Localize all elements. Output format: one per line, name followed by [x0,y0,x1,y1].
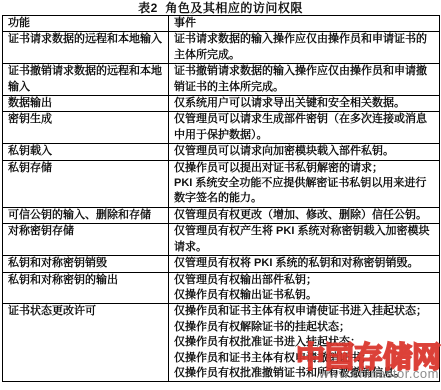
function-cell: 证书请求数据的远程和本地输入 [3,32,169,64]
event-cell: 仅操作员可以提出对证书私钥解密的请求； PKI 系统安全功能不应提供解密证书私钥… [169,160,440,207]
table-row: 私钥和对称密钥的输出 仅管理员有权输出部件私钥； 仅操作员有权输出证书私钥。 [3,272,440,304]
table-row: 对称密钥存储 仅管理员有权产生将 PKI 系统对称密钥载入加密模块请求。 [3,224,440,256]
table-row: 私钥和对称密钥销毁 仅管理员有权将 PKI 系统的私钥和对称密钥销毁。 [3,256,440,272]
function-cell: 证书状态更改许可 [3,304,169,382]
column-header-event: 事件 [169,16,440,32]
document-page: 表2 角色及其相应的访问权限 功能 事件 证书请求数据的远程和本地输入 证书请求… [0,0,441,390]
event-cell: 仅管理员有权输出部件私钥； 仅操作员有权输出证书私钥。 [169,272,440,304]
table-row: 证书状态更改许可 仅操作员和证书主体有权申请使证书进入挂起状态； 仅操作员有权解… [3,304,440,382]
event-cell: 仅管理员有权将 PKI 系统的私钥和对称密钥销毁。 [169,256,440,272]
table-caption: 表2 角色及其相应的访问权限 [2,1,439,15]
event-cell: 证书请求数据的输入操作应仅由操作员和申请证书的主体所完成。 [169,32,440,64]
table-header-row: 功能 事件 [3,16,440,32]
event-cell: 仅系统用户可以请求导出关键和安全相关数据。 [169,96,440,112]
function-cell: 证书撤销请求数据的远程和本地输入 [3,64,169,96]
function-cell: 私钥和对称密钥的输出 [3,272,169,304]
event-cell: 仅管理员有权产生将 PKI 系统对称密钥载入加密模块请求。 [169,224,440,256]
table-row: 密钥生成 仅管理员可以请求生成部件密钥（在多次连接或消息中用于保护数据）。 [3,112,440,144]
function-cell: 密钥生成 [3,112,169,144]
table-row: 私钥存储 仅操作员可以提出对证书私钥解密的请求； PKI 系统安全功能不应提供解… [3,160,440,207]
event-cell: 仅操作员和证书主体有权申请使证书进入挂起状态； 仅操作员有权解除证书的挂起状态；… [169,304,440,382]
function-cell: 私钥存储 [3,160,169,207]
event-cell: 仅管理员可以请求向加密模块载入部件私钥。 [169,144,440,160]
table-row: 证书撤销请求数据的远程和本地输入 证书撤销请求数据的输入操作应仅由操作员和申请撤… [3,64,440,96]
table-row: 数据输出 仅系统用户可以请求导出关键和安全相关数据。 [3,96,440,112]
function-cell: 私钥和对称密钥销毁 [3,256,169,272]
function-cell: 私钥载入 [3,144,169,160]
permissions-table: 功能 事件 证书请求数据的远程和本地输入 证书请求数据的输入操作应仅由操作员和申… [2,15,440,382]
table-row: 证书请求数据的远程和本地输入 证书请求数据的输入操作应仅由操作员和申请证书的主体… [3,32,440,64]
event-cell: 仅管理员可以请求生成部件密钥（在多次连接或消息中用于保护数据）。 [169,112,440,144]
function-cell: 数据输出 [3,96,169,112]
function-cell: 可信公钥的输入、删除和存储 [3,207,169,223]
function-cell: 对称密钥存储 [3,224,169,256]
table-row: 可信公钥的输入、删除和存储 仅管理员有权更改（增加、修改、删除）信任公钥。 [3,207,440,223]
column-header-function: 功能 [3,16,169,32]
event-cell: 仅管理员有权更改（增加、修改、删除）信任公钥。 [169,207,440,223]
table-row: 私钥载入 仅管理员可以请求向加密模块载入部件私钥。 [3,144,440,160]
event-cell: 证书撤销请求数据的输入操作应仅由操作员和申请撤销证书的主体所完成。 [169,64,440,96]
